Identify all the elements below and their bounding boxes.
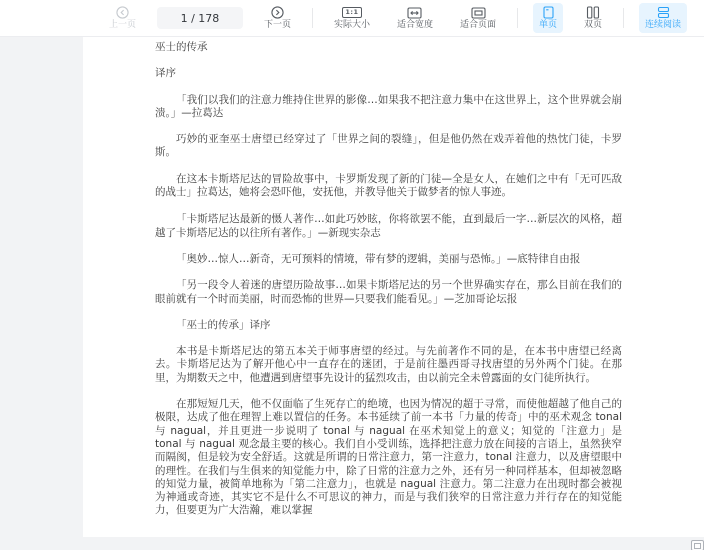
pdf-toolbar: 上一页 1 / 178 下一页 1:1 实际大小 适合宽度 (0, 0, 704, 37)
fit-page-icon (471, 6, 486, 19)
prev-page-button[interactable]: 上一页 (103, 3, 142, 33)
one-to-one-icon: 1:1 (342, 6, 361, 19)
actual-size-button[interactable]: 1:1 实际大小 (328, 3, 376, 33)
doc-paragraph: 「卡斯塔尼达最新的慑人著作…如此巧妙眩，你将欲罢不能，直到最后一字…新层次的风格… (155, 213, 622, 240)
chevron-left-circle-icon (116, 6, 129, 19)
fit-page-button[interactable]: 适合页面 (454, 3, 502, 33)
single-page-label: 单页 (539, 21, 557, 30)
actual-size-label: 实际大小 (334, 21, 370, 30)
toolbar-divider (517, 8, 518, 28)
doc-paragraph: 在那短短几天，他不仅面临了生死存亡的绝境，也因为情况的超于寻常，而使他超越了他自… (155, 398, 622, 518)
page-indicator: 1 / 178 (181, 12, 220, 25)
document-content: 巫士的传承 译序 「我们以我们的注意力维持住世界的影像…如果我不把注意力集中在这… (83, 37, 704, 518)
single-page-button[interactable]: 单页 (533, 3, 563, 33)
toolbar-divider (623, 8, 624, 28)
toolbar-divider (312, 8, 313, 28)
doc-section-heading: 译序 (155, 67, 622, 80)
doc-paragraph: 「奥妙…惊人…新奇，无可预料的情境，带有梦的逻辑，美丽与恐怖。」—底特律自由报 (155, 253, 622, 266)
single-page-icon (543, 6, 554, 19)
fit-width-label: 适合宽度 (397, 21, 433, 30)
doc-paragraph: 巧妙的亚奎巫士唐望已经穿过了「世界之间的裂缝」，但是他仍然在戏弄着他的热忱门徒，… (155, 133, 622, 160)
floating-widget-icon[interactable] (691, 540, 704, 550)
double-page-icon (586, 6, 600, 19)
continuous-reading-label: 连续阅读 (645, 21, 681, 30)
document-page[interactable]: 巫士的传承 译序 「我们以我们的注意力维持住世界的影像…如果我不把注意力集中在这… (83, 37, 704, 537)
doc-paragraph: 「我们以我们的注意力维持住世界的影像…如果我不把注意力集中在这世界上，这个世界就… (155, 94, 622, 121)
fit-width-button[interactable]: 适合宽度 (391, 3, 439, 33)
doc-paragraph: 在这本卡斯塔尼达的冒险故事中，卡罗斯发现了新的门徒—全是女人，在她们之中有「无可… (155, 173, 622, 200)
double-page-label: 双页 (584, 21, 602, 30)
continuous-reading-icon (657, 6, 670, 19)
doc-paragraph: 「巫士的传承」译序 (155, 319, 622, 332)
chevron-right-circle-icon (271, 6, 284, 19)
doc-paragraph: 「另一段令人着迷的唐望历险故事…如果卡斯塔尼达的另一个世界确实存在，那么目前在我… (155, 279, 622, 306)
next-page-button[interactable]: 下一页 (258, 3, 297, 33)
prev-page-label: 上一页 (109, 21, 136, 30)
fit-width-icon (407, 6, 422, 19)
doc-title: 巫士的传承 (155, 41, 622, 54)
double-page-button[interactable]: 双页 (578, 3, 608, 33)
continuous-reading-button[interactable]: 连续阅读 (639, 3, 687, 33)
doc-paragraph: 本书是卡斯塔尼达的第五本关于师事唐望的经过。与先前著作不同的是，在本书中唐望已经… (155, 345, 622, 385)
next-page-label: 下一页 (264, 21, 291, 30)
page-number-input[interactable]: 1 / 178 (157, 7, 243, 29)
fit-page-label: 适合页面 (460, 21, 496, 30)
